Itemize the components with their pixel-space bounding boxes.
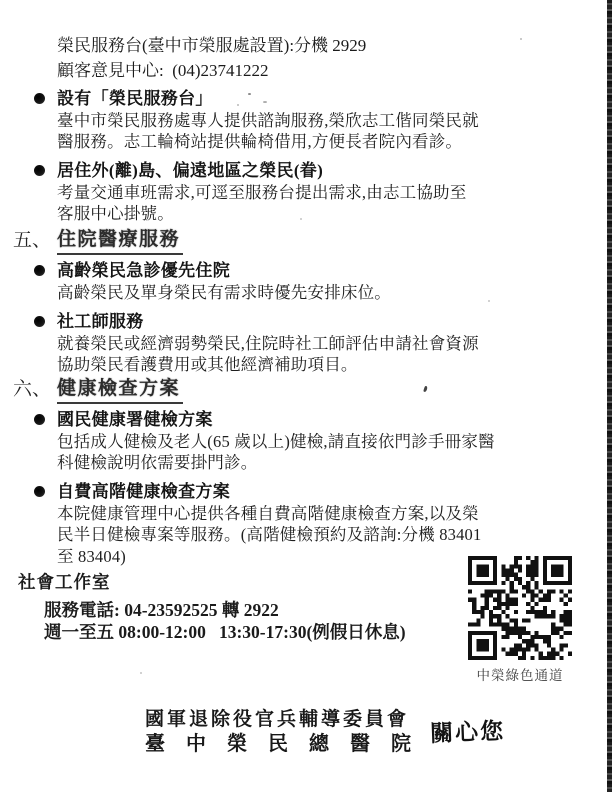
bullet-item: 自費高階健康檢查方案 本院健康管理中心提供各種自費高階健康檢查方案,以及榮 民半… [57, 481, 562, 567]
bullet-item: 國民健康署健檢方案 包括成人健檢及老人(65 歲以上)健檢,請直接依門診手冊家醫… [57, 409, 562, 474]
scan-speckle [263, 101, 267, 103]
scan-edge-strip [607, 0, 612, 792]
section-title: 住院醫療服務 [57, 228, 183, 255]
bullet-title: 社工師服務 [57, 311, 562, 333]
bullet-item: 高齡榮民急診優先住院 高齡榮民及單身榮民有需求時優先安排床位。 [57, 260, 562, 303]
intro-block: 榮民服務台(臺中市榮服處設置):分機 2929 顧客意見中心: (04)2374… [57, 33, 366, 83]
bullet-body: 高齡榮民及單身榮民有需求時優先安排床位。 [57, 282, 562, 303]
scan-speckle [140, 672, 142, 674]
scan-speckle [300, 218, 302, 220]
contact-hours: 週一至五 08:00-12:00 13:30-17:30(例假日休息) [44, 619, 406, 644]
bullet-body: 考量交通車班需求,可逕至服務台提出需求,由志工協助至 客服中心掛號。 [57, 182, 562, 225]
bullet-title: 自費高階健康檢查方案 [57, 481, 562, 503]
scan-speckle [423, 386, 428, 393]
bullet-title: 居住外(離)島、偏遠地區之榮民(眷) [57, 160, 562, 182]
contact-office: 社會工作室 [18, 569, 111, 594]
bullet-item: 居住外(離)島、偏遠地區之榮民(眷) 考量交通車班需求,可逕至服務台提出需求,由… [57, 160, 562, 225]
bullet-body: 就養榮民或經濟弱勢榮民,住院時社工師評估申請社會資源 協助榮民看護費用或其他經濟… [57, 333, 562, 376]
scan-speckle [248, 93, 251, 95]
footer-care-text: 關心您 [429, 713, 505, 749]
intro-line-1: 榮民服務台(臺中市榮服處設置):分機 2929 [57, 33, 366, 58]
qr-block: 中榮綠色通道 [468, 556, 572, 684]
bullet-item: 設有「榮民服務台」 臺中市榮民服務處專人提供諮詢服務,榮欣志工偕同榮民就 醫服務… [57, 88, 562, 153]
bullet-title: 高齡榮民急診優先住院 [57, 260, 562, 282]
qr-caption: 中榮綠色通道 [468, 664, 572, 684]
section-title: 健康檢查方案 [57, 377, 183, 404]
footer-org-line2: 臺中榮民總醫院 [145, 727, 432, 756]
bullet-title: 設有「榮民服務台」 [57, 88, 562, 110]
intro-line-2: 顧客意見中心: (04)23741222 [57, 58, 366, 83]
section-number: 六、 [13, 378, 51, 402]
scan-speckle [237, 104, 239, 106]
section-number: 五、 [13, 229, 51, 253]
qr-code-icon [468, 556, 572, 660]
scan-speckle [488, 300, 490, 302]
bullet-item: 社工師服務 就養榮民或經濟弱勢榮民,住院時社工師評估申請社會資源 協助榮民看護費… [57, 311, 562, 376]
bullet-title: 國民健康署健檢方案 [57, 409, 562, 431]
bullet-body: 臺中市榮民服務處專人提供諮詢服務,榮欣志工偕同榮民就 醫服務。志工輪椅站提供輪椅… [57, 110, 562, 153]
scan-speckle [520, 38, 522, 40]
document-page: 榮民服務台(臺中市榮服處設置):分機 2929 顧客意見中心: (04)2374… [0, 0, 612, 792]
bullet-body: 包括成人健檢及老人(65 歲以上)健檢,請直接依門診手冊家醫 科健檢說明依需要掛… [57, 431, 562, 474]
